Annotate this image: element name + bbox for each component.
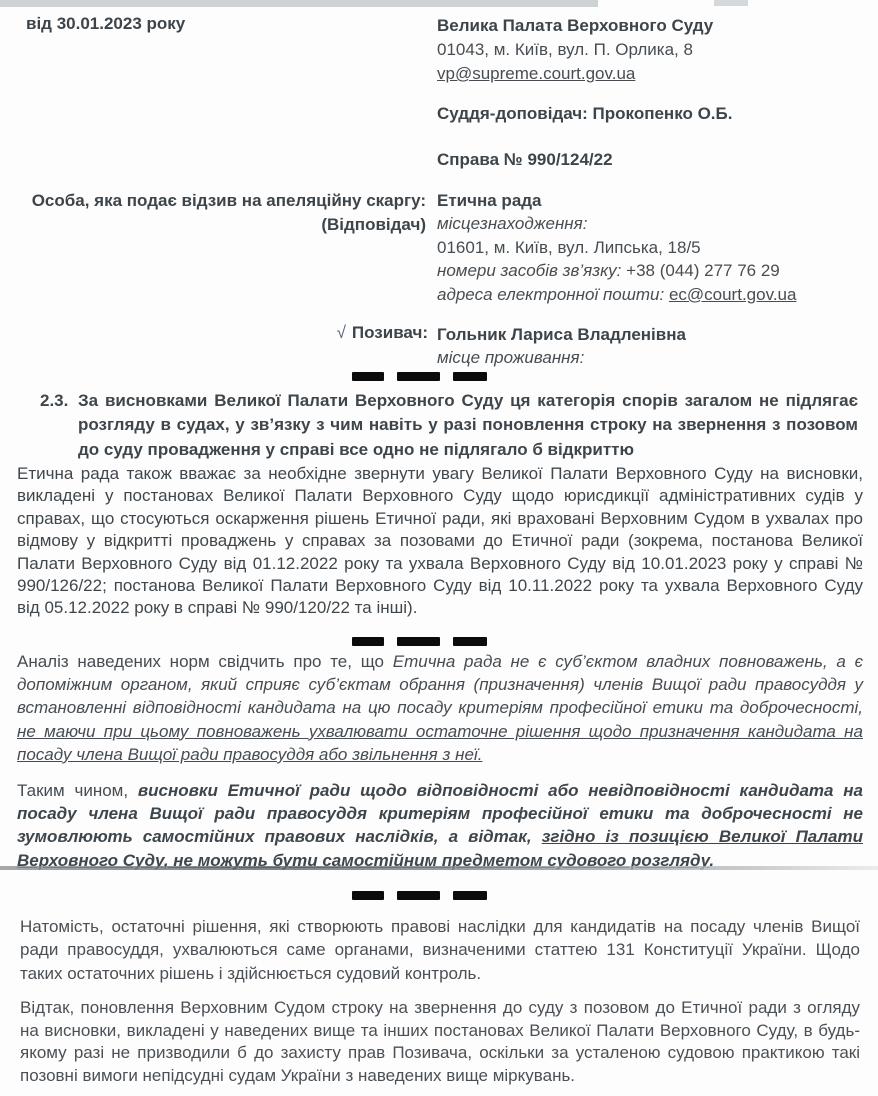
section-heading: 2.3. За висновками Великої Палати Верхов… xyxy=(40,389,858,462)
scanned-court-document: від 30.01.2023 року Велика Палата Верхов… xyxy=(0,0,878,1096)
phone-label: номери засобів зв’язку: xyxy=(437,261,621,280)
paragraph-final-decisions: Натомість, остаточні рішення, які створю… xyxy=(20,915,860,985)
section-title: За висновками Великої Палати Верховного … xyxy=(78,389,858,462)
phone-value: +38 (044) 277 76 29 xyxy=(626,261,780,280)
plaintiff-label-text: Позивач: xyxy=(352,323,428,342)
respondent-label-line2: (Відповідач) xyxy=(0,213,426,237)
redaction-bar xyxy=(397,372,440,381)
paragraph-term-renewal: Відтак, поновлення Верховним Судом строк… xyxy=(20,997,860,1087)
respondent-location-label: місцезнаходження: xyxy=(437,212,796,235)
check-mark-icon: √ xyxy=(337,323,352,342)
case-number-line: Справа № 990/124/22 xyxy=(437,150,613,170)
paragraph-norms-analysis: Аналіз наведених норм свідчить про те, щ… xyxy=(17,650,863,766)
paragraph-jurisdiction-findings: Етична рада також вважає за необхідне зв… xyxy=(17,463,863,620)
respondent-email-line: адреса електронної пошти: ec@court.gov.u… xyxy=(437,283,796,306)
redaction-bars-group xyxy=(352,891,487,900)
respondent-details: Етична рада місцезнаходження: 01601, м. … xyxy=(437,189,796,306)
redaction-bars-group xyxy=(352,372,487,381)
respondent-phone-line: номери засобів зв’язку: +38 (044) 277 76… xyxy=(437,259,796,282)
paragraph-conclusion: Таким чином, висновки Етичної ради щодо … xyxy=(17,779,863,872)
court-address: 01043, м. Київ, вул. П. Орлика, 8 xyxy=(437,38,713,62)
respondent-label-line1: Особа, яка подає відзив на апеляційну ск… xyxy=(0,189,426,213)
redaction-bar xyxy=(453,891,487,900)
conclusion-intro: Таким чином, xyxy=(17,781,138,800)
respondent-email: ec@court.gov.ua xyxy=(669,285,797,304)
redaction-bars-group xyxy=(352,637,487,646)
redaction-bar xyxy=(397,891,440,900)
redaction-bar xyxy=(453,372,487,381)
plaintiff-residence-label: місце проживання: xyxy=(437,346,686,369)
section-number: 2.3. xyxy=(40,389,78,462)
respondent-label: Особа, яка подає відзив на апеляційну ск… xyxy=(0,189,426,237)
court-name: Велика Палата Верховного Суду xyxy=(437,14,713,38)
scan-artifact-strip xyxy=(0,0,598,7)
analysis-intro: Аналіз наведених норм свідчить про те, щ… xyxy=(17,652,393,671)
scan-seam-line xyxy=(0,866,878,870)
email-label: адреса електронної пошти: xyxy=(437,285,664,304)
court-email: vp@supreme.court.gov.ua xyxy=(437,62,713,86)
plaintiff-details: Гольник Лариса Владленівна місце прожива… xyxy=(437,323,686,369)
scan-artifact-strip xyxy=(714,0,748,6)
redaction-bar xyxy=(352,372,384,381)
plaintiff-label: √Позивач: xyxy=(0,323,428,343)
plaintiff-name: Гольник Лариса Владленівна xyxy=(437,323,686,346)
judge-rapporteur-line: Суддя-доповідач: Прокопенко О.Б. xyxy=(437,104,732,124)
redaction-bar xyxy=(352,891,384,900)
respondent-address: 01601, м. Київ, вул. Липська, 18/5 xyxy=(437,236,796,259)
redaction-bar xyxy=(352,637,384,646)
court-block: Велика Палата Верховного Суду 01043, м. … xyxy=(437,14,713,86)
document-date: від 30.01.2023 року xyxy=(26,14,185,34)
redaction-bar xyxy=(453,637,487,646)
analysis-underlined: не маючи при цьому повноважень ухвалюват… xyxy=(17,722,863,764)
redaction-bar xyxy=(397,637,440,646)
respondent-name: Етична рада xyxy=(437,189,796,212)
